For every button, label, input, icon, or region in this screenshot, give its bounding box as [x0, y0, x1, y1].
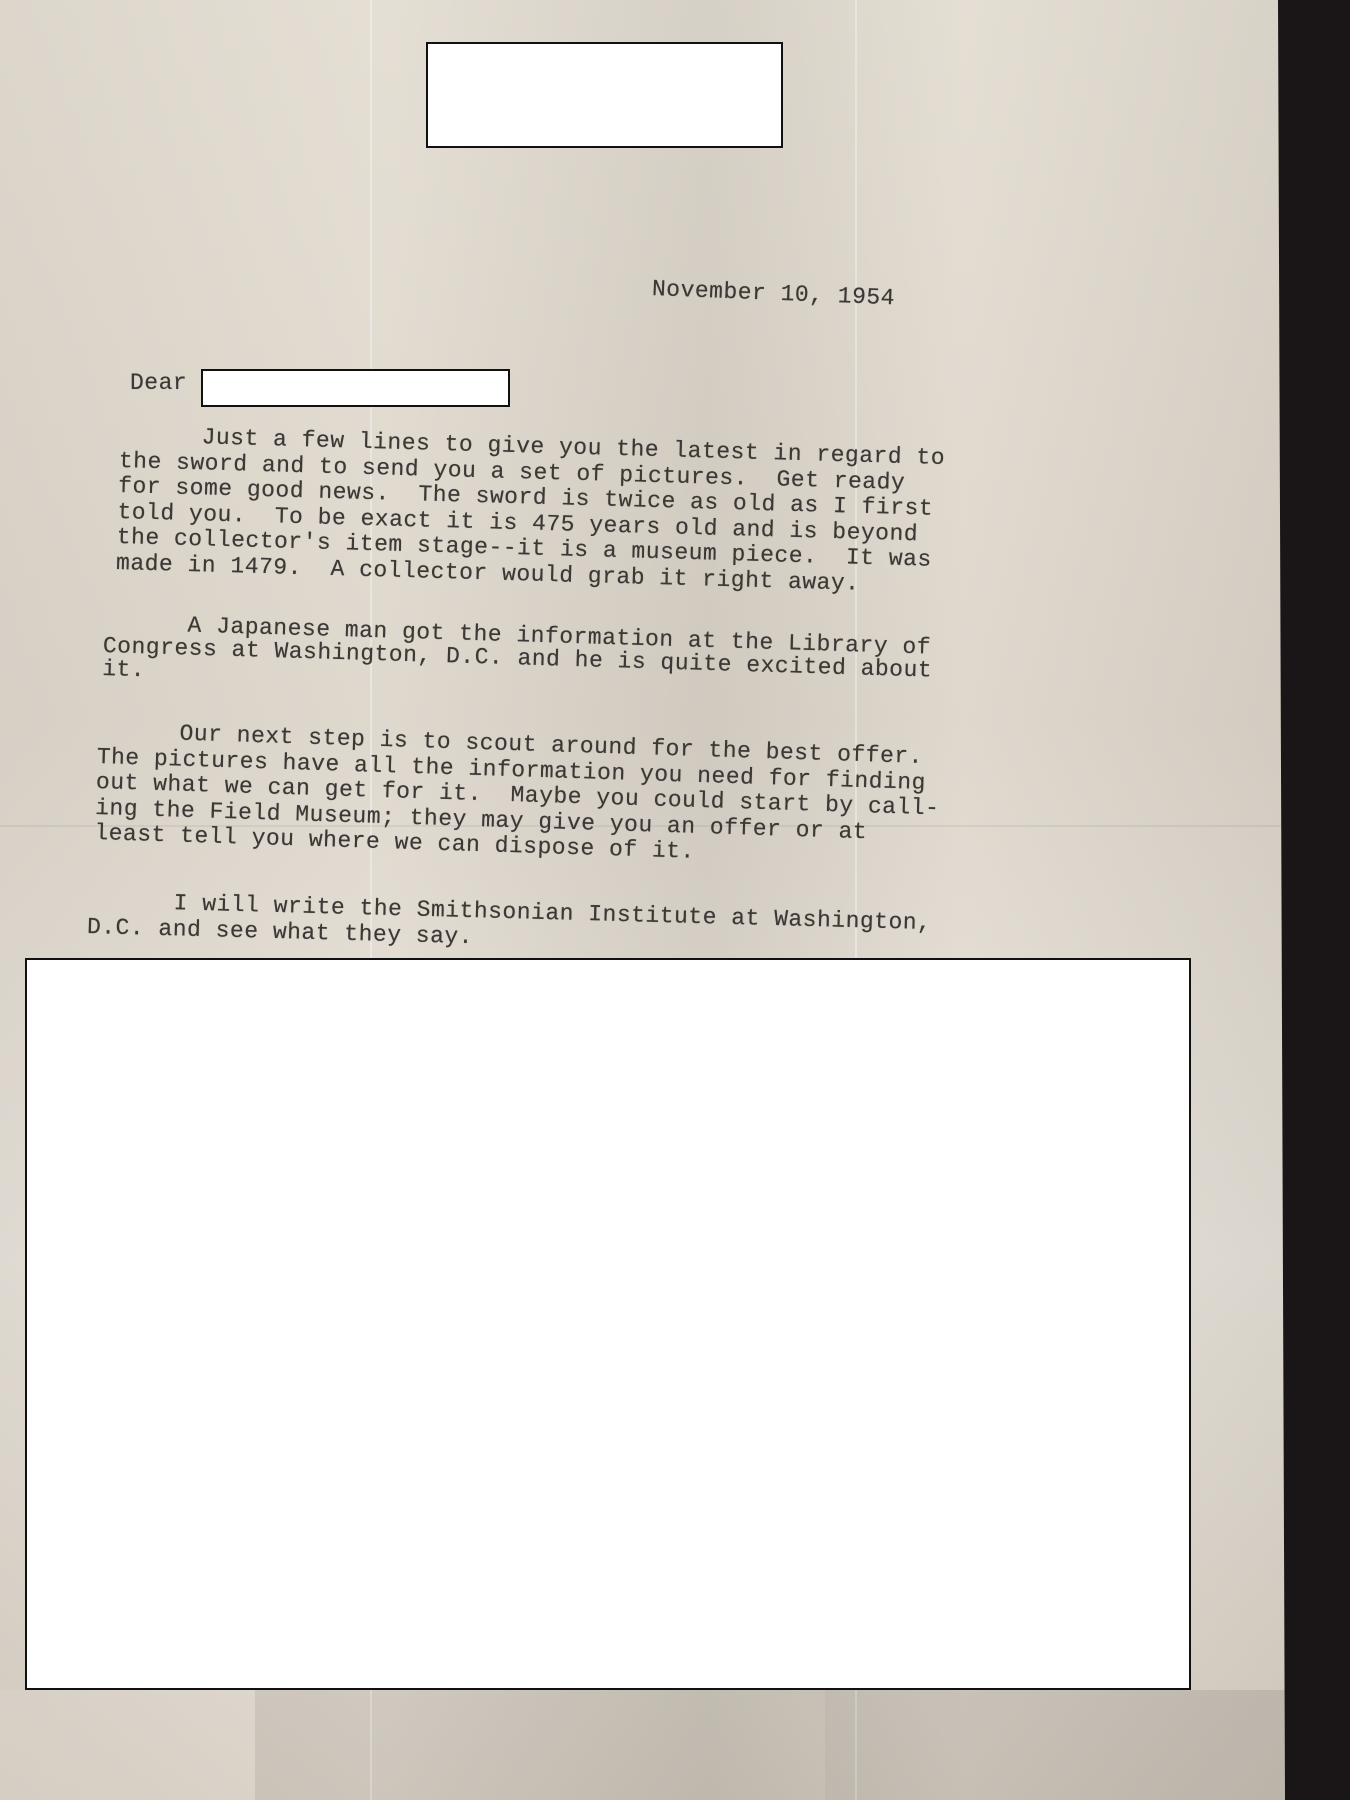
text-line: it.: [102, 656, 146, 683]
paper-shading: [825, 1690, 1285, 1800]
redaction-remainder: [25, 958, 1191, 1690]
letter-date: November 10, 1954: [652, 276, 896, 311]
paper-shading: [0, 1690, 255, 1800]
paper-shading: [255, 1690, 825, 1800]
salutation: Dear: [130, 370, 187, 396]
redaction-letterhead: [426, 42, 783, 148]
redaction-recipient-name: [201, 369, 510, 407]
